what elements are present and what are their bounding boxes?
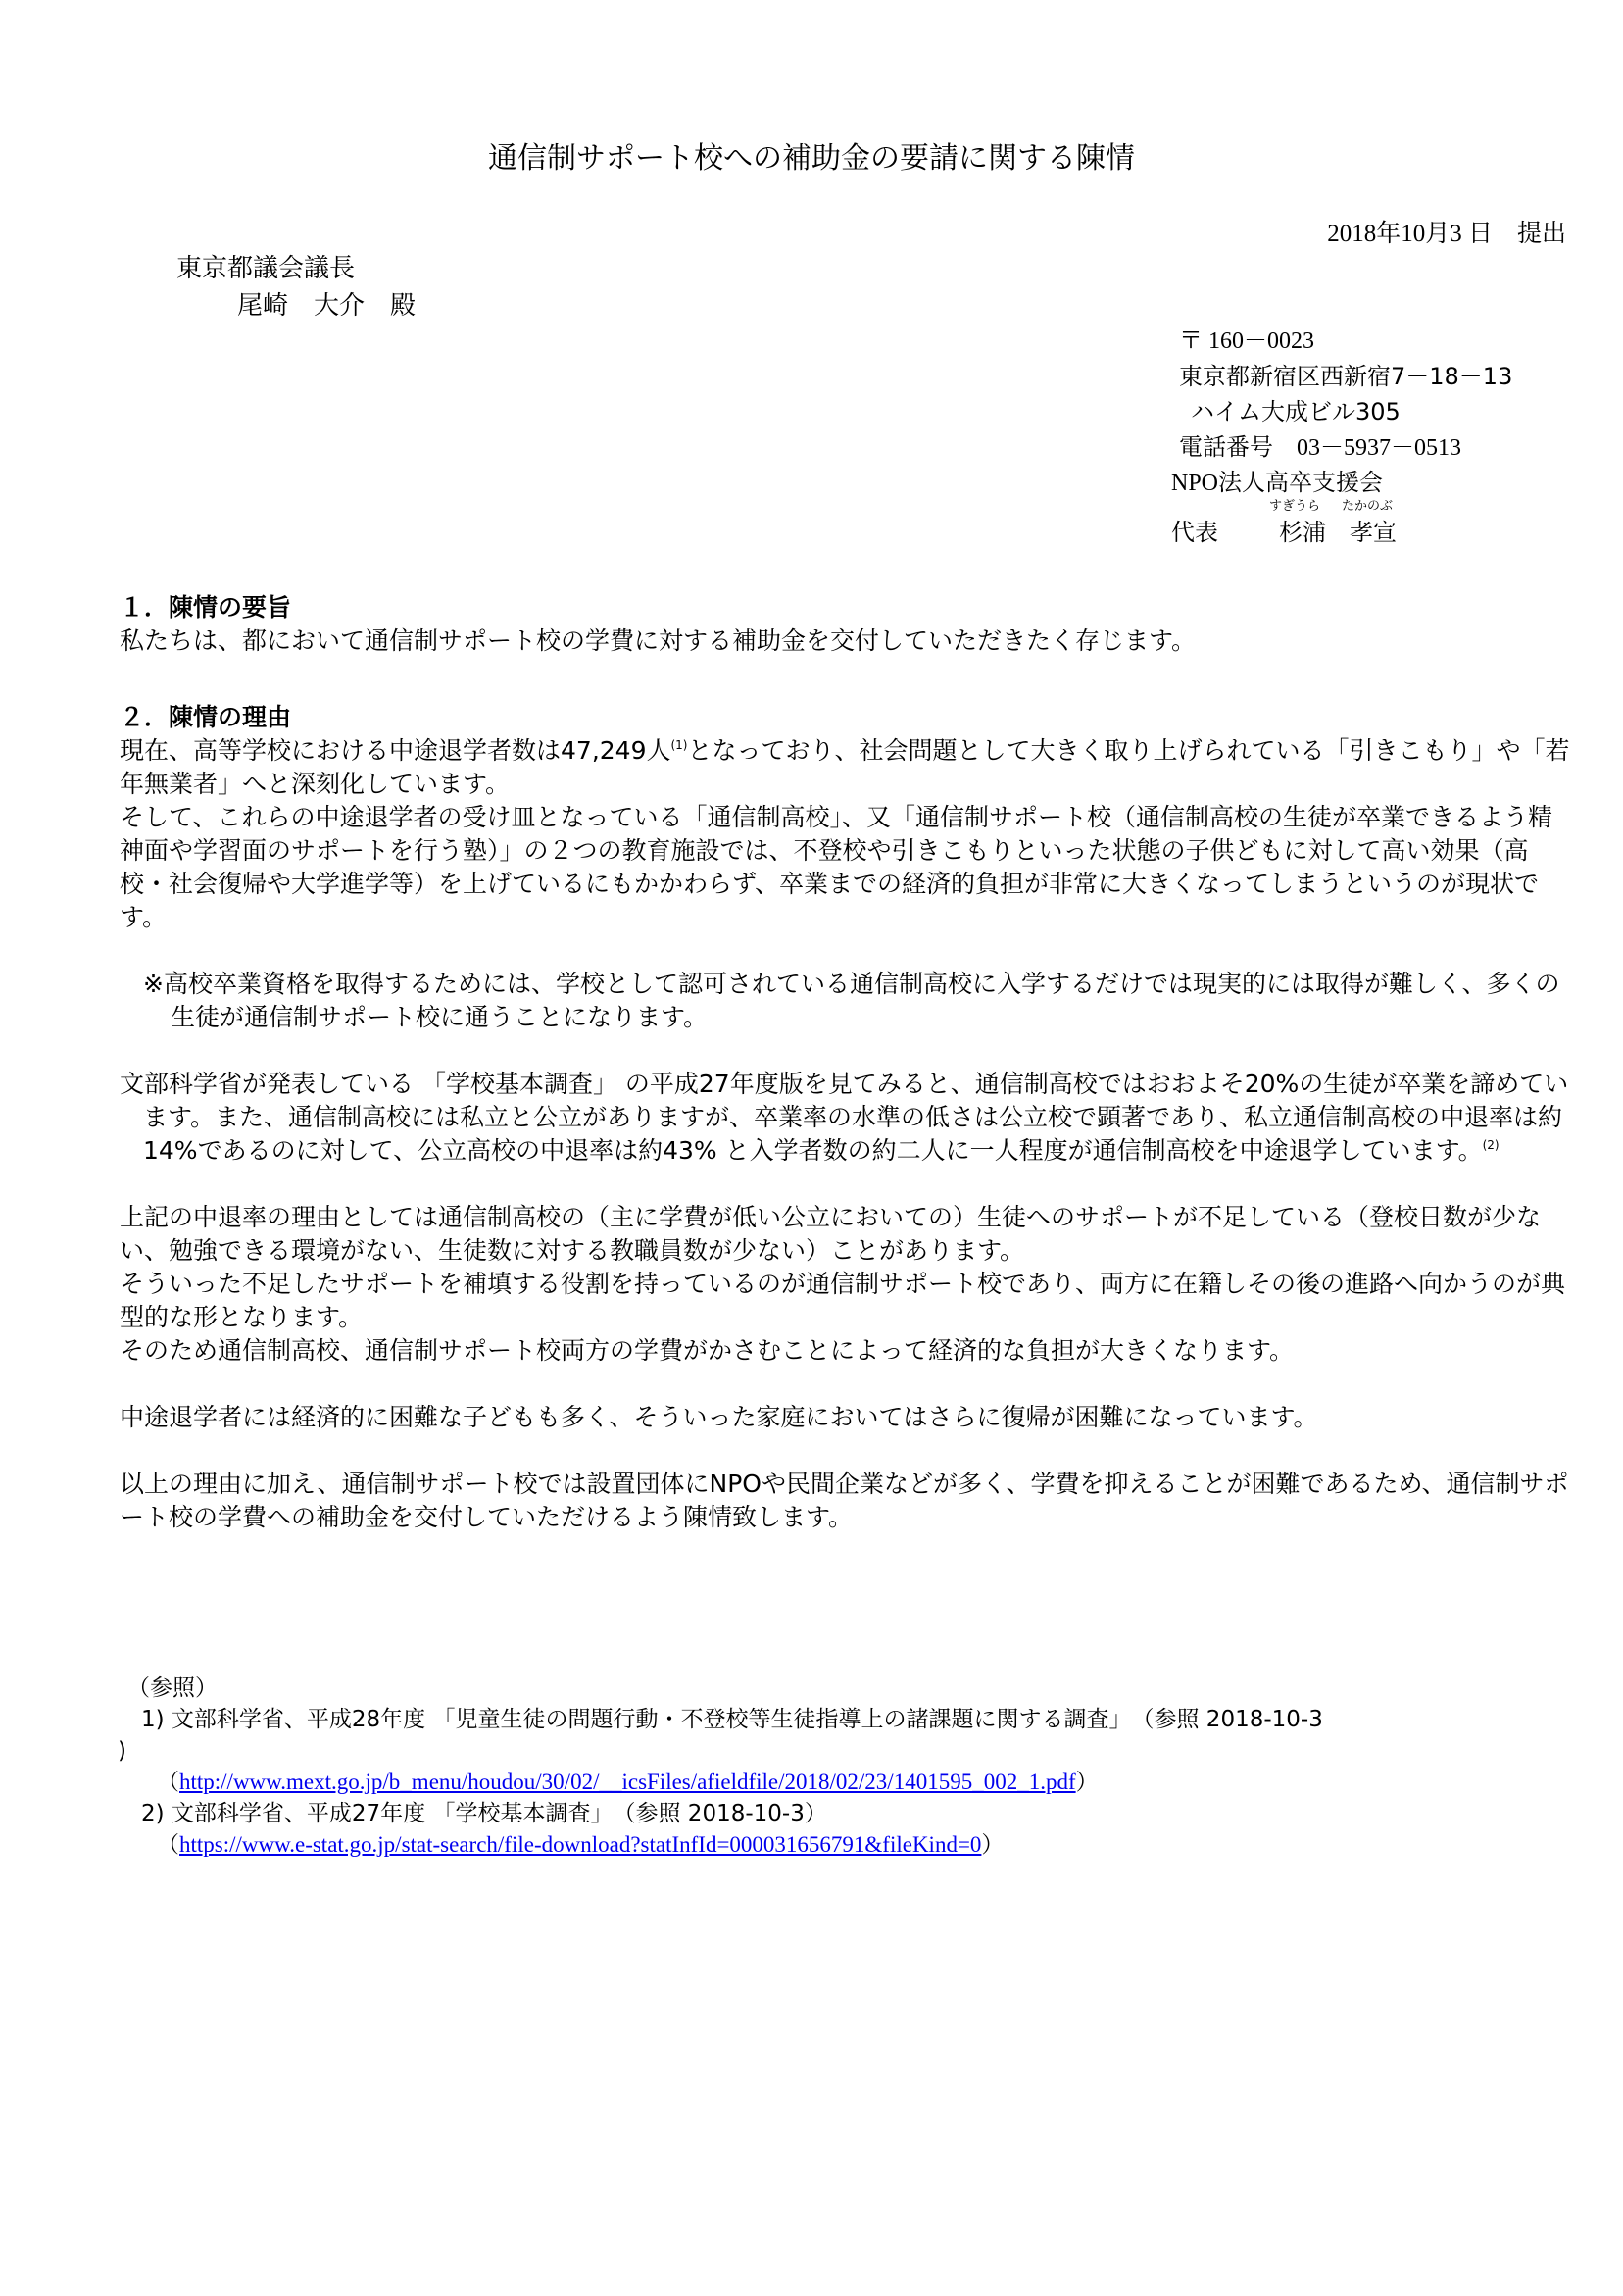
- reason-paragraph-4: 上記の中退率の理由としては通信制高校の（主に学費が低い公立においての）生徒へのサ…: [120, 1201, 1570, 1268]
- phone-label: 電話番号: [1179, 433, 1273, 461]
- addressee-title: 東京都議会議長: [176, 250, 416, 287]
- addressee-name: 尾崎 大介 殿: [176, 287, 416, 324]
- sender-address-2: ハイム大成ビル305: [1171, 394, 1512, 429]
- furigana: すぎうらたかのぶ: [1171, 499, 1512, 515]
- sender-organization: NPO法人高卒支援会: [1171, 466, 1512, 501]
- reason-paragraph-5: そういった不足したサポートを補填する役割を持っているのが通信制サポート校であり、…: [120, 1268, 1570, 1334]
- reference-2-url-line: （https://www.e-stat.go.jp/stat-search/fi…: [127, 1829, 1323, 1861]
- document-title: 通信制サポート校への補助金の要請に関する陳情: [0, 133, 1623, 176]
- section-2: ２．陳情の理由 現在、高等学校における中途退学者数は47,249人(1)となって…: [120, 701, 1570, 1534]
- furigana-family: すぎうら: [1269, 499, 1320, 515]
- reference-2-link[interactable]: https://www.e-stat.go.jp/stat-search/fil…: [179, 1832, 981, 1857]
- footnote-ref-1: (1): [670, 738, 687, 752]
- sender-block: 〒 160－0023 東京都新宿区西新宿7－18－13 ハイム大成ビル305 電…: [1171, 324, 1512, 550]
- reason-paragraph-1: 現在、高等学校における中途退学者数は47,249人(1)となっており、社会問題と…: [120, 734, 1570, 801]
- reference-2: 2) 文部科学省、平成27年度 「学校基本調査」 （参照 2018-10-3）: [127, 1798, 1323, 1829]
- section-1-paragraph: 私たちは、都において通信制サポート校の学費に対する補助金を交付していただきたく存…: [120, 624, 1570, 658]
- representative-label: 代表: [1171, 519, 1218, 546]
- references-heading: （参照）: [127, 1672, 1323, 1704]
- date-text: 2018年10月3 日: [1327, 221, 1493, 247]
- reason-paragraph-3: 文部科学省が発表している 「学校基本調査」 の平成27年度版を見てみると、通信制…: [120, 1068, 1570, 1168]
- phone-number: 03－5937－0513: [1297, 435, 1461, 461]
- submission-action: 提出: [1517, 219, 1566, 247]
- reason-paragraph-6: そのため通信制高校、通信制サポート校両方の学費がかさむことによって経済的な負担が…: [120, 1334, 1570, 1368]
- sender-representative: 代表杉浦 孝宣: [1171, 515, 1512, 550]
- reference-1-label: 1) 文部科学省、平成28年度 「児童生徒の問題行動・不登校等生徒指導上の諸課題…: [141, 1707, 1323, 1732]
- section-1-heading: １．陳情の要旨: [120, 591, 1570, 624]
- addressee-block: 東京都議会議長 尾崎 大介 殿: [176, 250, 416, 324]
- reference-1: 1) 文部科学省、平成28年度 「児童生徒の問題行動・不登校等生徒指導上の諸課題…: [127, 1704, 1323, 1735]
- reason-paragraph-7: 中途退学者には経済的に困難な子どもも多く、そういった家庭においてはさらに復帰が困…: [120, 1401, 1570, 1434]
- reference-1-overflow: ): [118, 1735, 1323, 1767]
- references: （参照） 1) 文部科学省、平成28年度 「児童生徒の問題行動・不登校等生徒指導…: [127, 1672, 1323, 1861]
- section-1: １．陳情の要旨 私たちは、都において通信制サポート校の学費に対する補助金を交付し…: [120, 591, 1570, 658]
- sender-phone: 電話番号 03－5937－0513: [1171, 429, 1512, 466]
- reference-1-url-line: （http://www.mext.go.jp/b_menu/houdou/30/…: [127, 1767, 1323, 1798]
- note-paragraph: ※高校卒業資格を取得するためには、学校として認可されている通信制高校に入学するだ…: [131, 968, 1570, 1034]
- reference-1-link[interactable]: http://www.mext.go.jp/b_menu/houdou/30/0…: [179, 1770, 1076, 1794]
- reason-paragraph-2: そして、これらの中途退学者の受け皿となっている「通信制高校」、又「通信制サポート…: [120, 801, 1570, 934]
- section-2-heading: ２．陳情の理由: [120, 701, 1570, 734]
- reason-paragraph-8: 以上の理由に加え、通信制サポート校では設置団体にNPOや民間企業などが多く、学費…: [120, 1468, 1570, 1534]
- sender-address-1: 東京都新宿区西新宿7－18－13: [1171, 359, 1512, 394]
- footnote-ref-2: (2): [1483, 1138, 1500, 1152]
- reference-2-label: 2) 文部科学省、平成27年度 「学校基本調査」 （参照 2018-10-3）: [141, 1801, 827, 1826]
- representative-name: 杉浦 孝宣: [1279, 519, 1397, 546]
- submission-date: 2018年10月3 日 提出: [1327, 214, 1566, 249]
- furigana-given: たかのぶ: [1342, 499, 1393, 515]
- sender-postal: 〒 160－0023: [1171, 324, 1512, 359]
